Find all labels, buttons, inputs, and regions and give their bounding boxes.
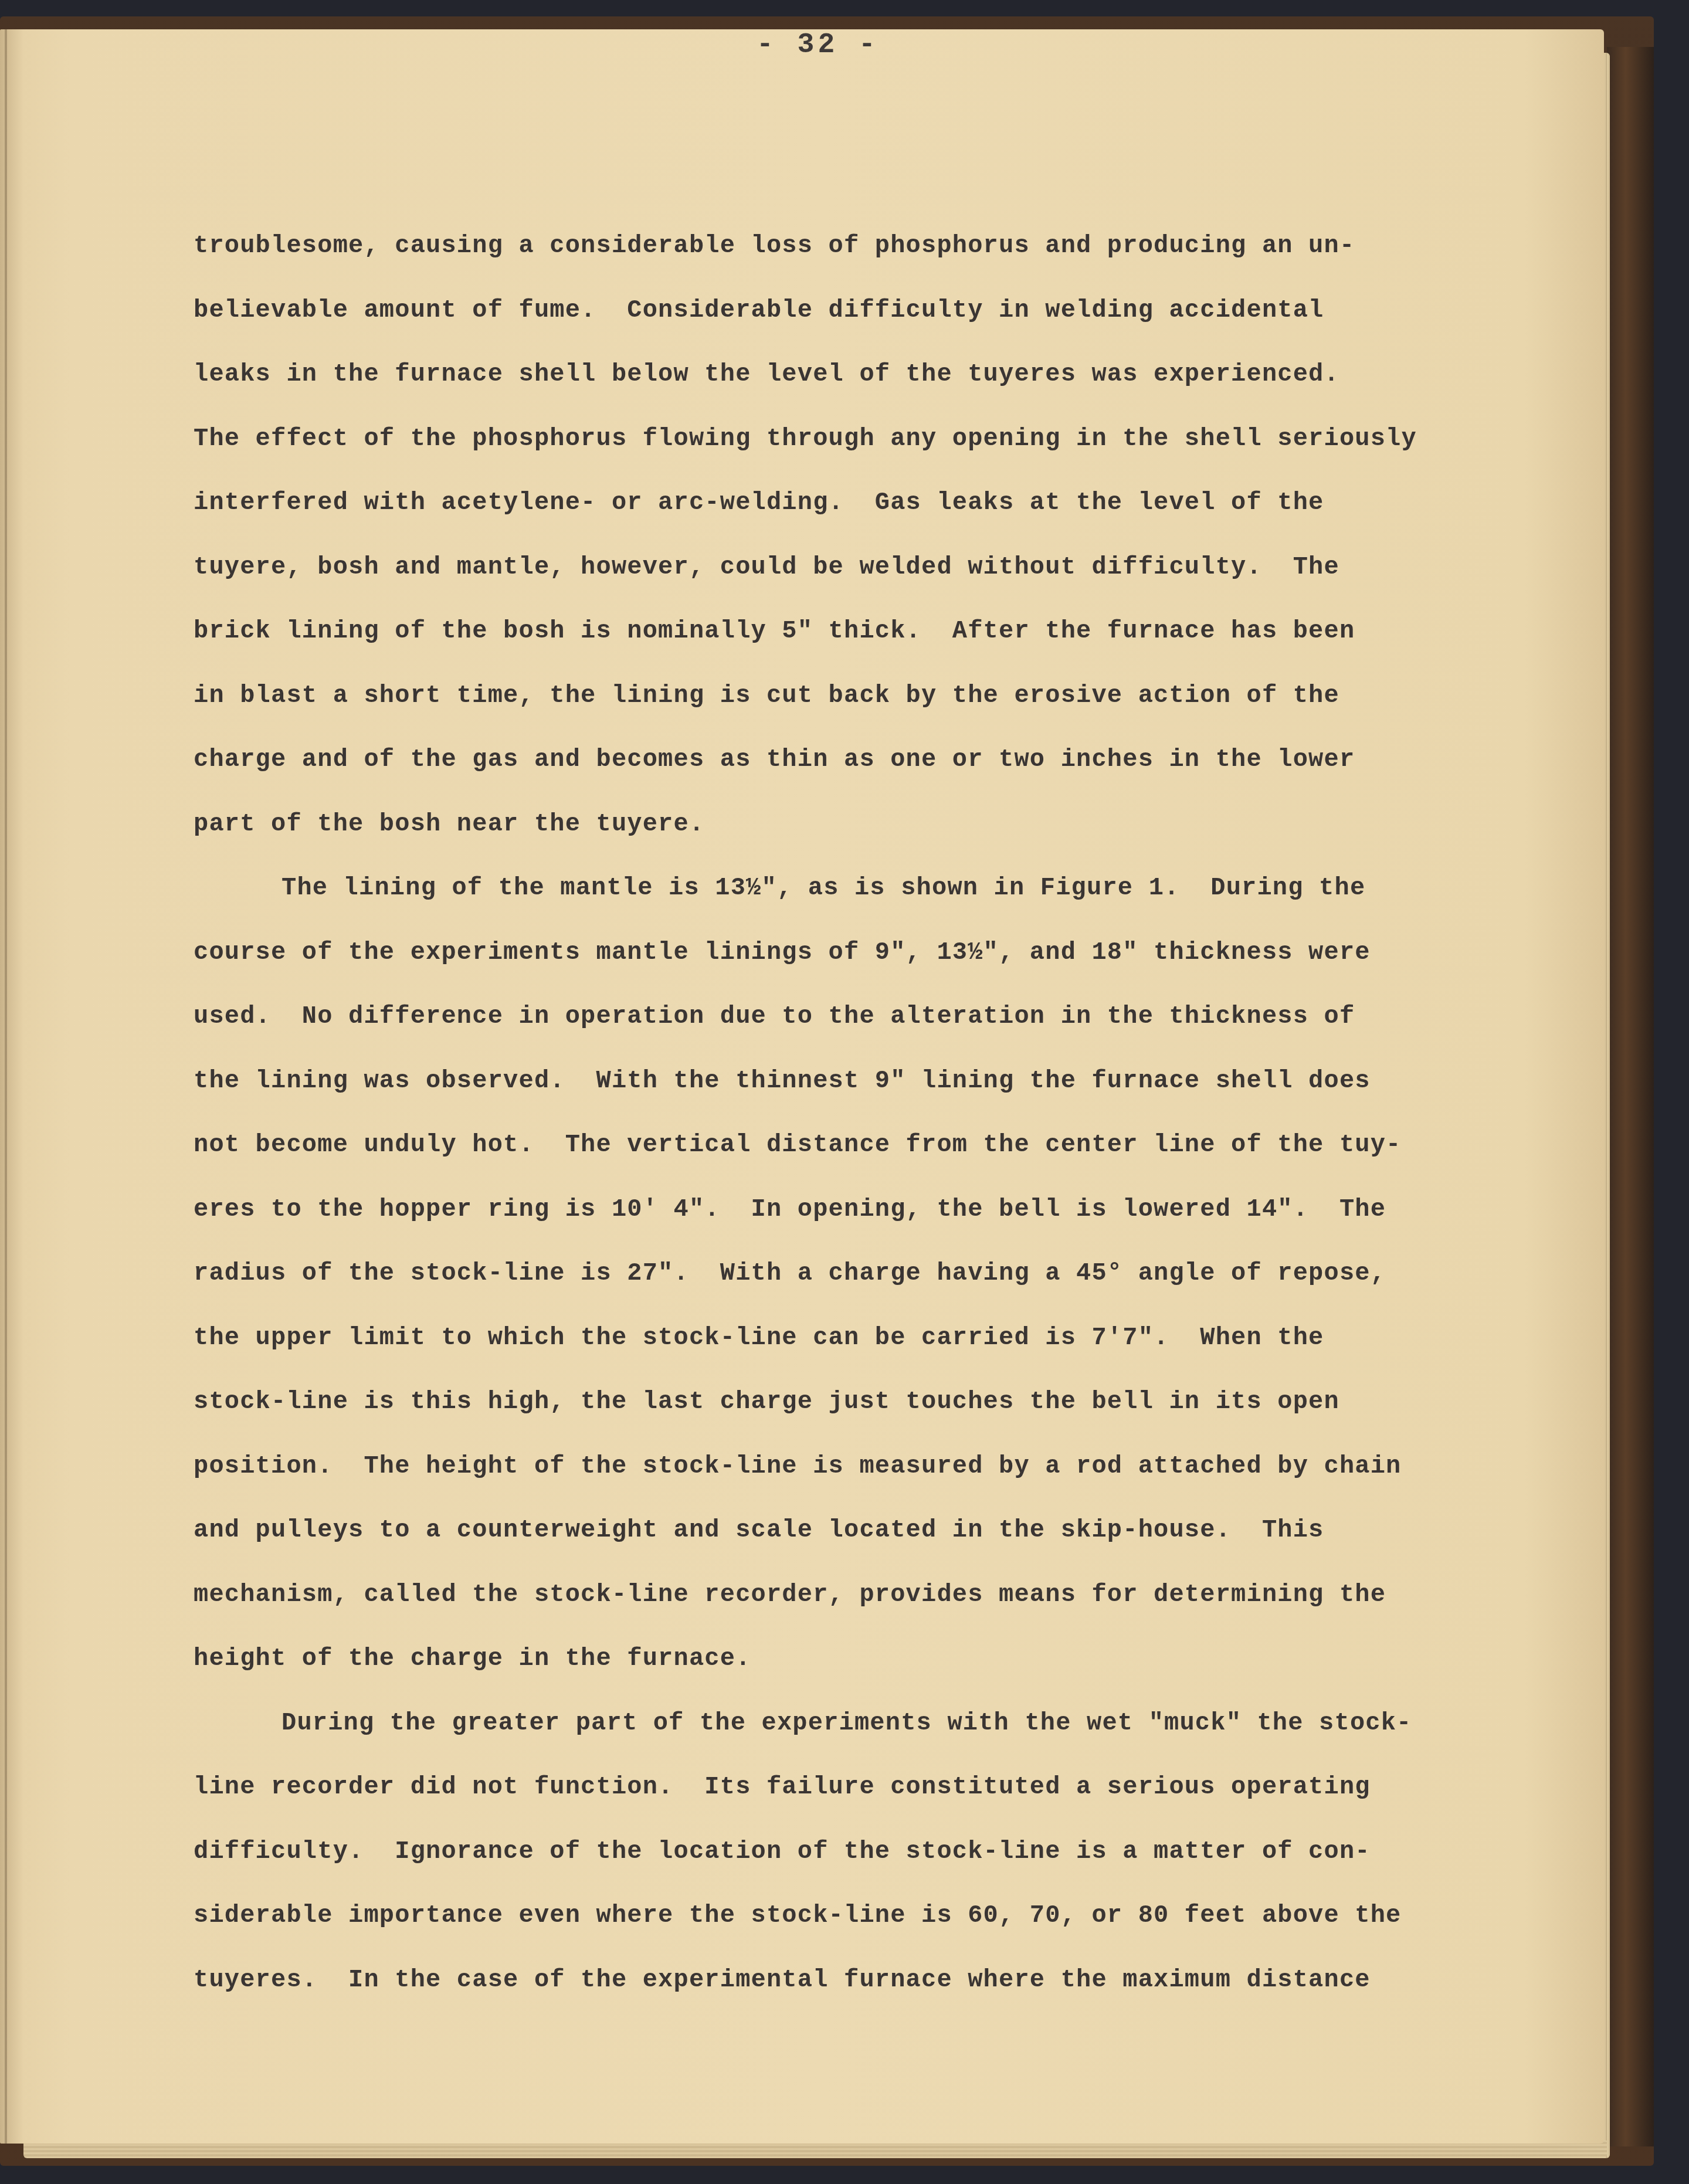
- text-line: brick lining of the bosh is nominally 5"…: [194, 599, 1531, 664]
- paragraph-start-line: During the greater part of the experimen…: [194, 1691, 1531, 1756]
- text-line: mechanism, called the stock-line recorde…: [194, 1563, 1531, 1627]
- text-line: not become unduly hot. The vertical dist…: [194, 1113, 1531, 1178]
- text-line: eres to the hopper ring is 10' 4". In op…: [194, 1178, 1531, 1242]
- text-line: line recorder did not function. Its fail…: [194, 1755, 1531, 1820]
- body-text: troublesome, causing a considerable loss…: [194, 214, 1531, 2012]
- text-line: leaks in the furnace shell below the lev…: [194, 342, 1531, 407]
- page-number: - 32 -: [757, 29, 879, 61]
- text-line: difficulty. Ignorance of the location of…: [194, 1820, 1531, 1884]
- paragraph-start-line: The lining of the mantle is 13½", as is …: [194, 856, 1531, 921]
- text-line: tuyeres. In the case of the experimental…: [194, 1948, 1531, 2013]
- text-line: The effect of the phosphorus flowing thr…: [194, 407, 1531, 472]
- book-cover-edge: [1607, 47, 1654, 2146]
- text-line: charge and of the gas and becomes as thi…: [194, 728, 1531, 792]
- text-line: troublesome, causing a considerable loss…: [194, 214, 1531, 279]
- page-gutter: [5, 29, 7, 2144]
- text-line: siderable importance even where the stoc…: [194, 1884, 1531, 1948]
- text-line: the lining was observed. With the thinne…: [194, 1049, 1531, 1114]
- text-line: tuyere, bosh and mantle, however, could …: [194, 535, 1531, 600]
- text-line: part of the bosh near the tuyere.: [194, 792, 1531, 857]
- text-line: radius of the stock-line is 27". With a …: [194, 1242, 1531, 1306]
- text-line: position. The height of the stock-line i…: [194, 1434, 1531, 1499]
- text-line: course of the experiments mantle linings…: [194, 921, 1531, 985]
- text-line: and pulleys to a counterweight and scale…: [194, 1498, 1531, 1563]
- text-line: in blast a short time, the lining is cut…: [194, 664, 1531, 728]
- text-line: the upper limit to which the stock-line …: [194, 1306, 1531, 1371]
- text-line: stock-line is this high, the last charge…: [194, 1370, 1531, 1434]
- text-line: believable amount of fume. Considerable …: [194, 279, 1531, 343]
- text-line: height of the charge in the furnace.: [194, 1627, 1531, 1691]
- text-line: used. No difference in operation due to …: [194, 985, 1531, 1049]
- text-line: interfered with acetylene- or arc-weldin…: [194, 471, 1531, 535]
